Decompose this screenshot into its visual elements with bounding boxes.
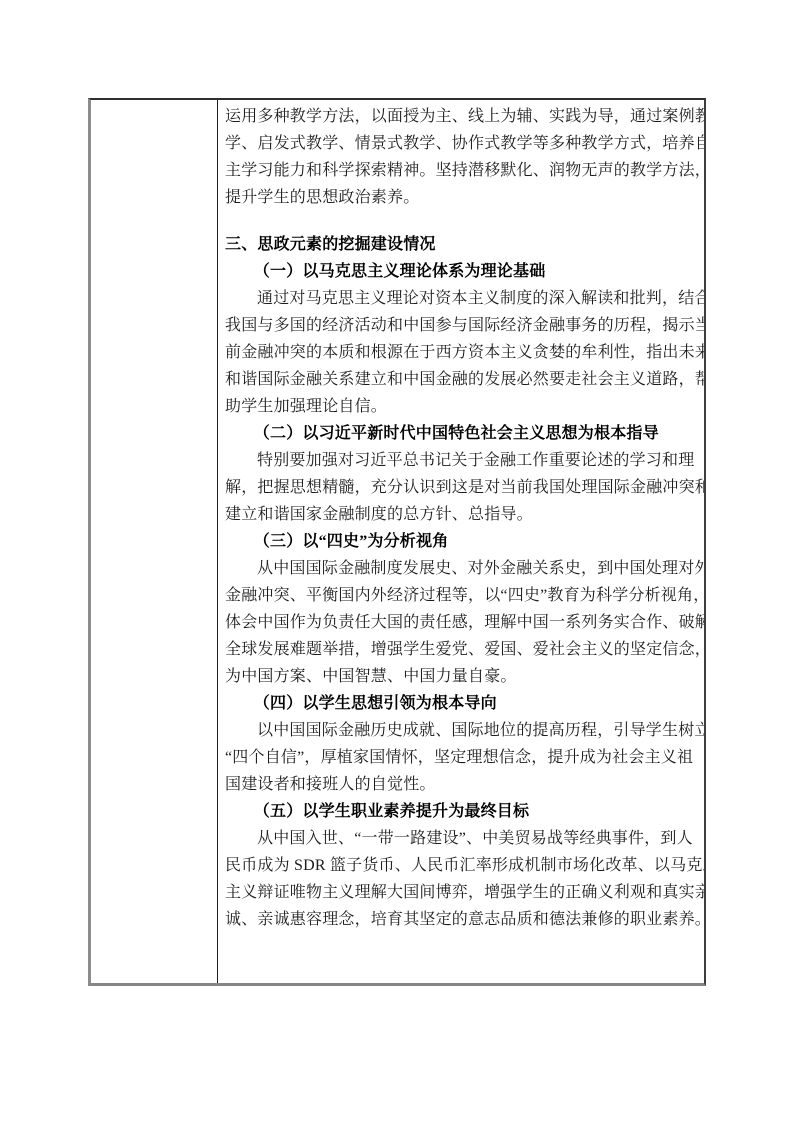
text-line: （二）以习近平新时代中国特色社会主义思想为根本指导 bbox=[225, 420, 699, 447]
text-line: 三、思政元素的挖掘建设情况 bbox=[225, 231, 699, 258]
text-line: 助学生加强理论自信。 bbox=[225, 393, 699, 420]
text-line: 前金融冲突的本质和根源在于西方资本主义贪婪的牟利性，指出未来 bbox=[225, 339, 699, 366]
subsection-5-paragraph: 从中国入世、“一带一路建设”、中美贸易战等经典事件，到人民币成为 SDR 篮子货… bbox=[225, 825, 699, 933]
text-line: “四个自信”，厚植家国情怀，坚定理想信念，提升成为社会主义祖 bbox=[225, 744, 699, 771]
subsection-1-paragraph: 通过对马克思主义理论对资本主义制度的深入解读和批判，结合我国与多国的经济活动和中… bbox=[225, 285, 699, 420]
text-line: 金融冲突、平衡国内外经济过程等，以“四史”教育为科学分析视角， bbox=[225, 582, 699, 609]
subsection-4-paragraph: 以中国国际金融历史成就、国际地位的提高历程，引导学生树立“四个自信”，厚植家国情… bbox=[225, 717, 699, 798]
text-line: 建立和谐国家金融制度的总方针、总指导。 bbox=[225, 501, 699, 528]
text-line: 国建设者和接班人的自觉性。 bbox=[225, 771, 699, 798]
text-line: 通过对马克思主义理论对资本主义制度的深入解读和批判，结合 bbox=[225, 285, 699, 312]
text-line: 诚、亲诚惠容理念，培育其坚定的意志品质和德法兼修的职业素养。 bbox=[225, 906, 699, 933]
table-content-cell: 运用多种教学方法，以面授为主、线上为辅、实践为导，通过案例教学、启发式教学、情景… bbox=[218, 100, 704, 983]
text-line: 主学习能力和科学探索精神。坚持潜移默化、润物无声的教学方法， bbox=[225, 157, 699, 184]
text-line: 全球发展难题举措，增强学生爱党、爱国、爱社会主义的坚定信念， bbox=[225, 636, 699, 663]
text-line bbox=[225, 211, 699, 231]
document-page: 运用多种教学方法，以面授为主、线上为辅、实践为导，通过案例教学、启发式教学、情景… bbox=[0, 0, 794, 1123]
text-line: 体会中国作为负责任大国的责任感，理解中国一系列务实合作、破解 bbox=[225, 609, 699, 636]
subsection-3-heading: （三）以“四史”为分析视角 bbox=[225, 528, 699, 555]
teaching-methods-paragraph: 运用多种教学方法，以面授为主、线上为辅、实践为导，通过案例教学、启发式教学、情景… bbox=[225, 103, 699, 211]
text-line: 学、启发式教学、情景式教学、协作式教学等多种教学方式，培养自 bbox=[225, 130, 699, 157]
table-left-empty-cell bbox=[91, 100, 218, 983]
subsection-1-heading: （一）以马克思主义理论体系为理论基础 bbox=[225, 258, 699, 285]
text-line: 和谐国际金融关系建立和中国金融的发展必然要走社会主义道路，帮 bbox=[225, 366, 699, 393]
text-line: （一）以马克思主义理论体系为理论基础 bbox=[225, 258, 699, 285]
text-line: 主义辩证唯物主义理解大国间博弈，增强学生的正确义利观和真实亲 bbox=[225, 879, 699, 906]
document-table: 运用多种教学方法，以面授为主、线上为辅、实践为导，通过案例教学、启发式教学、情景… bbox=[88, 98, 706, 986]
text-line: 提升学生的思想政治素养。 bbox=[225, 184, 699, 211]
subsection-3-paragraph: 从中国国际金融制度发展史、对外金融关系史，到中国处理对外金融冲突、平衡国内外经济… bbox=[225, 555, 699, 690]
text-line: 以中国国际金融历史成就、国际地位的提高历程，引导学生树立 bbox=[225, 717, 699, 744]
text-line: 我国与多国的经济活动和中国参与国际经济金融事务的历程，揭示当 bbox=[225, 312, 699, 339]
text-line: 为中国方案、中国智慧、中国力量自豪。 bbox=[225, 663, 699, 690]
spacer-line bbox=[225, 211, 699, 231]
section-3-heading: 三、思政元素的挖掘建设情况 bbox=[225, 231, 699, 258]
text-line: 特别要加强对习近平总书记关于金融工作重要论述的学习和理 bbox=[225, 447, 699, 474]
subsection-2-paragraph: 特别要加强对习近平总书记关于金融工作重要论述的学习和理解，把握思想精髓，充分认识… bbox=[225, 447, 699, 528]
text-line: （五）以学生职业素养提升为最终目标 bbox=[225, 798, 699, 825]
text-line: （四）以学生思想引领为根本导向 bbox=[225, 690, 699, 717]
text-line: 从中国国际金融制度发展史、对外金融关系史，到中国处理对外 bbox=[225, 555, 699, 582]
text-line: （三）以“四史”为分析视角 bbox=[225, 528, 699, 555]
text-line: 运用多种教学方法，以面授为主、线上为辅、实践为导，通过案例教 bbox=[225, 103, 699, 130]
subsection-5-heading: （五）以学生职业素养提升为最终目标 bbox=[225, 798, 699, 825]
subsection-4-heading: （四）以学生思想引领为根本导向 bbox=[225, 690, 699, 717]
text-line: 解，把握思想精髓，充分认识到这是对当前我国处理国际金融冲突和 bbox=[225, 474, 699, 501]
text-line: 从中国入世、“一带一路建设”、中美贸易战等经典事件，到人 bbox=[225, 825, 699, 852]
subsection-2-heading: （二）以习近平新时代中国特色社会主义思想为根本指导 bbox=[225, 420, 699, 447]
text-line: 民币成为 SDR 篮子货币、人民币汇率形成机制市场化改革、以马克思 bbox=[225, 852, 699, 879]
